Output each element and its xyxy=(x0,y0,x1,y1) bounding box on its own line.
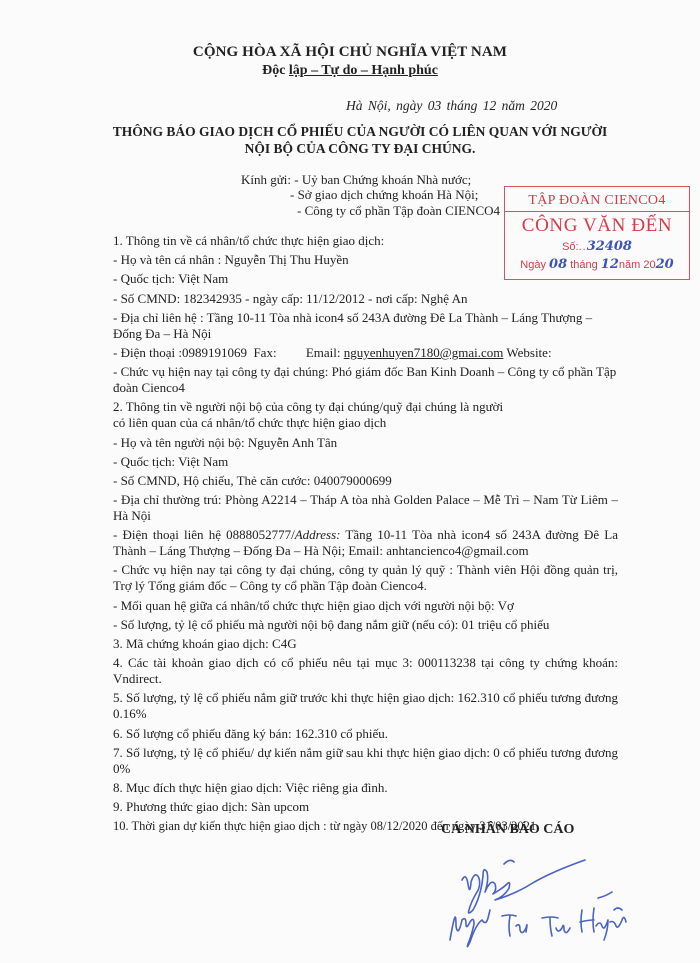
section1-heading: 1. Thông tin về cá nhân/tổ chức thực hiệ… xyxy=(113,233,618,249)
section2-position: - Chức vụ hiện nay tại công ty đại chúng… xyxy=(113,562,618,594)
section1-nationality: - Quốc tịch: Việt Nam xyxy=(113,271,618,287)
document-title-line1: THÔNG BÁO GIAO DỊCH CỔ PHIẾU CỦA NGƯỜI C… xyxy=(10,124,700,140)
item-9: 9. Phương thức giao dịch: Sàn upcom xyxy=(113,799,618,815)
section2-relationship: - Mối quan hệ giữa cá nhân/tổ chức thực … xyxy=(113,598,618,614)
section2-heading: 2. Thông tin về người nội bộ của công ty… xyxy=(113,399,618,431)
section1-website-label: Website: xyxy=(503,345,551,360)
handwritten-signature xyxy=(430,840,670,955)
signature-title: CÁ NHÂN BÁO CÁO xyxy=(441,822,574,838)
section1-position: - Chức vụ hiện nay tại công ty đại chúng… xyxy=(113,364,618,396)
item-4: 4. Các tài khoản giao dịch có cổ phiếu n… xyxy=(113,655,618,687)
section2-id: - Số CMND, Hộ chiếu, Thẻ căn cước: 04007… xyxy=(113,473,618,489)
dateline: Hà Nội, ngày 03 tháng 12 năm 2020 xyxy=(346,98,557,114)
recipient-item: - Sở giao dịch chứng khoán Hà Nội; xyxy=(290,187,478,203)
section2-contact: - Điện thoại liên hệ 0888052777/Address:… xyxy=(113,527,618,559)
section2-holding: - Số lượng, tỷ lệ cổ phiếu mà người nội … xyxy=(113,617,618,633)
stamp-year-label: năm 20 xyxy=(619,259,656,271)
section1-email-link[interactable]: nguyenhuyen7180@gmai.com xyxy=(344,345,504,360)
document-body: 1. Thông tin về cá nhân/tổ chức thực hiệ… xyxy=(113,233,618,838)
section2-phone: - Điện thoại liên hệ 0888052777/ xyxy=(113,527,295,542)
section2-nationality: - Quốc tịch: Việt Nam xyxy=(113,454,618,470)
section1-phone: - Điện thoại :0989191069 Fax: Email: xyxy=(113,345,344,360)
section1-address: - Địa chỉ liên hệ : Tầng 10-11 Tòa nhà i… xyxy=(113,310,618,342)
stamp-year: 20 xyxy=(656,257,674,272)
section1-name: - Họ và tên cá nhân : Nguyễn Thị Thu Huy… xyxy=(113,252,618,268)
motto-underlined: lập – Tự do – Hạnh phúc xyxy=(289,63,438,78)
item-6: 6. Số lượng cổ phiếu đăng ký bán: 162.31… xyxy=(113,726,618,742)
nation-heading: CỘNG HÒA XÃ HỘI CHỦ NGHĨA VIỆT NAM xyxy=(0,44,700,61)
section2-address-label: Address: xyxy=(295,527,341,542)
document-page: CỘNG HÒA XÃ HỘI CHỦ NGHĨA VIỆT NAM Độc l… xyxy=(0,0,700,963)
item-7: 7. Số lượng, tỷ lệ cổ phiếu/ dự kiến nắm… xyxy=(113,745,618,777)
motto: Độc lập – Tự do – Hạnh phúc xyxy=(0,63,700,79)
recipient-label: Kính gửi: - Uỷ ban Chứng khoán Nhà nước; xyxy=(241,172,471,188)
item-3: 3. Mã chứng khoán giao dịch: C4G xyxy=(113,636,618,652)
document-title-line2: NỘI BỘ CỦA CÔNG TY ĐẠI CHÚNG. xyxy=(10,141,700,157)
section1-contact: - Điện thoại :0989191069 Fax: Email: ngu… xyxy=(113,345,618,361)
section2-name: - Họ và tên người nội bộ: Nguyễn Anh Tân xyxy=(113,435,618,451)
section1-id: - Số CMND: 182342935 - ngày cấp: 11/12/2… xyxy=(113,291,618,307)
recipient-item: - Công ty cổ phần Tập đoàn CIENCO4 xyxy=(297,203,500,219)
item-8: 8. Mục đích thực hiện giao dịch: Việc ri… xyxy=(113,780,618,796)
stamp-org: TẬP ĐOÀN CIENCO4 xyxy=(505,193,689,209)
motto-prefix: Độc xyxy=(262,63,289,78)
item-5: 5. Số lượng, tỷ lệ cổ phiếu nắm giữ trướ… xyxy=(113,690,618,722)
section2-residence: - Địa chỉ thường trú: Phòng A2214 – Tháp… xyxy=(113,492,618,524)
